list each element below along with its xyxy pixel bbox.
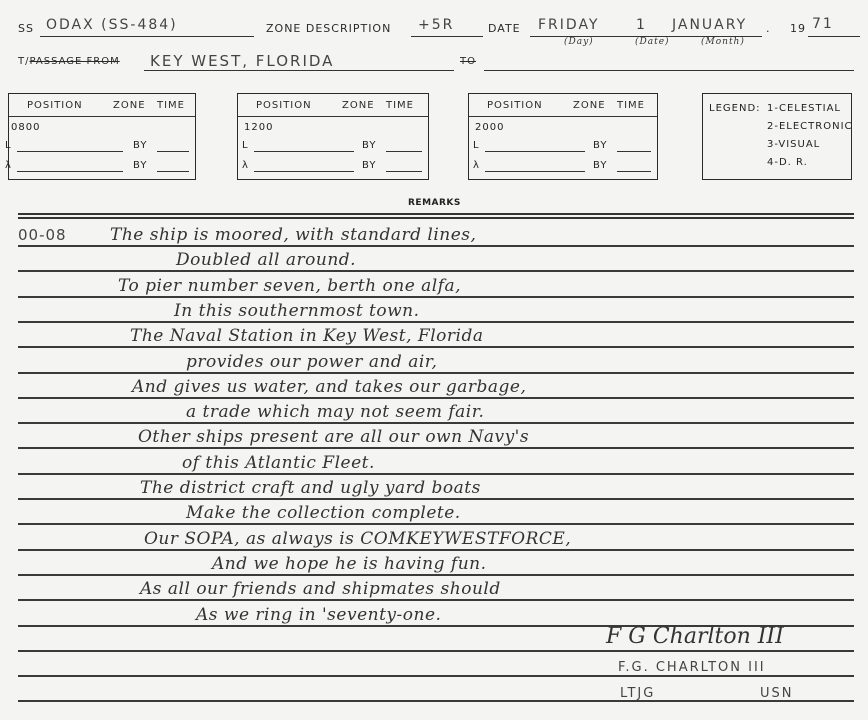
passage-from-value[interactable]: KEY WEST, FLORIDA — [150, 52, 334, 70]
passage-from-label: PASSAGE FROM — [29, 56, 119, 67]
col-time: TIME — [386, 100, 414, 111]
legend-item: 3-VISUAL — [767, 139, 820, 150]
remarks-title: REMARKS — [408, 198, 461, 208]
position-time: 0800 — [11, 122, 40, 133]
remark-line: And we hope he is having fun. — [212, 554, 487, 574]
latitude-field[interactable] — [17, 151, 123, 152]
year-value[interactable]: 71 — [812, 16, 834, 32]
ruled-line — [18, 675, 854, 677]
by-label: BY — [362, 160, 376, 171]
by-label: BY — [133, 140, 147, 151]
ruled-line — [18, 296, 854, 298]
ruled-line — [18, 372, 854, 374]
longitude-row[interactable]: λ BY — [471, 160, 651, 174]
latitude-row[interactable]: L BY — [471, 140, 651, 154]
legend-label: LEGEND: — [709, 103, 761, 114]
ruled-line — [18, 447, 854, 449]
remarks-time-entry[interactable]: 00-08 — [18, 226, 67, 244]
year-prefix: 19 — [790, 22, 806, 35]
ruled-line — [18, 346, 854, 348]
zone-description-label: ZONE DESCRIPTION — [266, 22, 391, 35]
ruled-line — [18, 574, 854, 576]
longitude-by-field[interactable] — [386, 171, 422, 172]
remarks-double-rule — [18, 213, 854, 215]
col-zone: ZONE — [573, 100, 606, 111]
signer-service: USN — [760, 686, 794, 701]
ruled-line — [18, 599, 854, 601]
longitude-by-field[interactable] — [617, 171, 651, 172]
remark-line: In this southernmost town. — [174, 301, 420, 321]
signature-scrawl: F G Charlton III — [606, 624, 784, 649]
passage-prefix: T/ — [18, 56, 29, 67]
position-time: 1200 — [244, 122, 273, 133]
longitude-field[interactable] — [254, 171, 354, 172]
longitude-symbol: λ — [242, 160, 248, 171]
latitude-by-field[interactable] — [157, 151, 189, 152]
longitude-row[interactable]: λ BY — [11, 160, 189, 174]
longitude-field[interactable] — [17, 171, 123, 172]
signer-name: F.G. CHARLTON III — [618, 660, 766, 675]
latitude-by-field[interactable] — [617, 151, 651, 152]
latitude-row[interactable]: L BY — [11, 140, 189, 154]
position-box-header: POSITION ZONE TIME — [9, 94, 195, 117]
ss-value[interactable]: ODAX (SS-484) — [46, 17, 178, 33]
remark-line: Doubled all around. — [176, 250, 356, 270]
ruled-line — [18, 397, 854, 399]
passage-from-underline — [144, 70, 454, 71]
col-time: TIME — [617, 100, 645, 111]
date-label: DATE — [488, 22, 521, 35]
zone-underline — [411, 36, 483, 37]
latitude-field[interactable] — [254, 151, 354, 152]
ss-label: SS — [18, 22, 34, 35]
ruled-line — [18, 549, 854, 551]
remark-line: As we ring in 'seventy-one. — [196, 605, 441, 625]
ss-underline — [40, 36, 254, 37]
day-caption: (Day) — [564, 37, 594, 47]
latitude-symbol: L — [242, 140, 248, 151]
legend-item: 4-D. R. — [767, 157, 808, 168]
month-value[interactable]: JANUARY — [672, 17, 747, 33]
ruled-line — [18, 700, 854, 702]
remark-line: Other ships present are all our own Navy… — [138, 427, 529, 447]
remark-line: Our SOPA, as always is COMKEYWESTFORCE, — [144, 529, 571, 549]
position-box-1200: POSITION ZONE TIME 1200 L BY λ BY — [237, 93, 429, 180]
remark-line: And gives us water, and takes our garbag… — [132, 377, 526, 397]
year-underline — [808, 36, 860, 37]
remark-line: of this Atlantic Fleet. — [182, 453, 375, 473]
latitude-by-field[interactable] — [386, 151, 422, 152]
remark-line: The ship is moored, with standard lines, — [110, 225, 476, 245]
legend-item: 1-CELESTIAL — [767, 103, 841, 114]
remark-line: provides our power and air, — [186, 352, 437, 372]
by-label: BY — [593, 160, 607, 171]
position-box-header: POSITION ZONE TIME — [469, 94, 657, 117]
ruled-line — [18, 422, 854, 424]
month-caption: (Month) — [701, 37, 745, 47]
by-label: BY — [133, 160, 147, 171]
longitude-field[interactable] — [485, 171, 585, 172]
ruled-line — [18, 473, 854, 475]
position-time: 2000 — [475, 122, 504, 133]
by-label: BY — [593, 140, 607, 151]
remark-line: To pier number seven, berth one alfa, — [118, 276, 461, 296]
date-caption: (Date) — [635, 37, 670, 47]
ruled-line — [18, 523, 854, 525]
remark-line: a trade which may not seem fair. — [186, 402, 484, 422]
remark-line: As all our friends and shipmates should — [140, 579, 501, 599]
col-time: TIME — [157, 100, 185, 111]
to-underline — [484, 70, 854, 71]
col-position: POSITION — [487, 100, 543, 111]
position-box-2000: POSITION ZONE TIME 2000 L BY λ BY — [468, 93, 658, 180]
legend-item: 2-ELECTRONIC — [767, 121, 853, 132]
remark-line: Make the collection complete. — [186, 503, 461, 523]
latitude-row[interactable]: L BY — [240, 140, 422, 154]
col-position: POSITION — [256, 100, 312, 111]
longitude-symbol: λ — [473, 160, 479, 171]
ruled-line — [18, 270, 854, 272]
col-position: POSITION — [27, 100, 83, 111]
col-zone: ZONE — [113, 100, 146, 111]
latitude-symbol: L — [5, 140, 11, 151]
ruled-line — [18, 650, 854, 652]
passage-label: T/PASSAGE FROM — [18, 56, 120, 67]
remark-line: The district craft and ugly yard boats — [140, 478, 481, 498]
latitude-field[interactable] — [485, 151, 585, 152]
remark-line: The Naval Station in Key West, Florida — [130, 326, 483, 346]
by-label: BY — [362, 140, 376, 151]
col-zone: ZONE — [342, 100, 375, 111]
position-box-header: POSITION ZONE TIME — [238, 94, 428, 117]
to-label: TO — [460, 56, 476, 67]
signer-rank: LTJG — [620, 686, 655, 701]
position-box-0800: POSITION ZONE TIME 0800 L BY λ BY — [8, 93, 196, 180]
longitude-row[interactable]: λ BY — [240, 160, 422, 174]
zone-description-value[interactable]: +5R — [418, 17, 454, 33]
latitude-symbol: L — [473, 140, 479, 151]
ruled-line — [18, 498, 854, 500]
ruled-line — [18, 245, 854, 247]
date-value[interactable]: 1 — [636, 17, 647, 33]
longitude-symbol: λ — [5, 160, 11, 171]
ruled-line — [18, 321, 854, 323]
longitude-by-field[interactable] — [157, 171, 189, 172]
day-value[interactable]: FRIDAY — [538, 17, 600, 33]
remarks-double-rule — [18, 217, 854, 219]
legend-box: LEGEND: 1-CELESTIAL 2-ELECTRONIC 3-VISUA… — [702, 93, 852, 180]
